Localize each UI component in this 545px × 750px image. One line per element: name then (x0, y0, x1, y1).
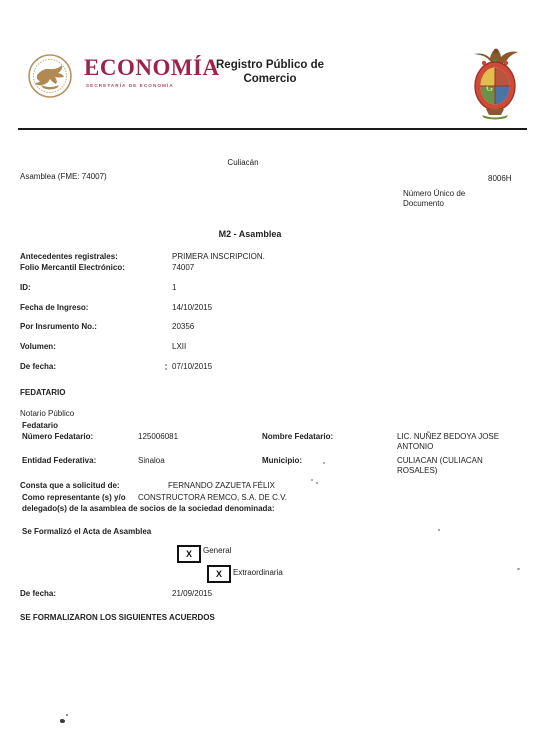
field-label: Volumen: (20, 342, 56, 352)
consta-solicitud-label: Consta que a solicitud de: (20, 481, 120, 491)
checkbox-general-label: General (203, 546, 231, 556)
formalizo-acta-label: Se Formalizó el Acta de Asamblea (22, 527, 151, 537)
field-label: Fecha de Ingreso: (20, 303, 88, 313)
de-fecha-asamblea-label: De fecha: (20, 589, 56, 599)
scan-artifact (517, 568, 520, 570)
scan-artifact (60, 719, 65, 723)
field-value: LXII (172, 342, 186, 352)
header-divider (18, 128, 527, 130)
sociedad-denominada-value: CONSTRUCTORA REMCO, S.A. DE C.V. (138, 493, 287, 503)
scan-artifact (165, 368, 167, 370)
checkbox-extraordinaria-label: Extraordinaria (233, 568, 283, 578)
document-title: Registro Público de Comercio (170, 58, 370, 86)
scan-artifact (165, 364, 167, 366)
field-label: Por Insrumento No.: (20, 322, 97, 332)
field-value: 74007 (172, 263, 194, 273)
scan-artifact (311, 479, 313, 481)
representante-label-line2: delegado(s) de la asamblea de socios de … (22, 504, 275, 514)
form-type-title: M2 - Asamblea (150, 229, 350, 239)
municipio-label: Municipio: (262, 456, 302, 466)
numero-fedatario-value: 125006081 (138, 432, 178, 442)
checkbox-extraordinaria: X (207, 565, 231, 583)
consta-solicitud-value: FERNANDO ZAZUETA FÉLIX (168, 481, 275, 491)
acuerdos-section-title: SE FORMALIZARON LOS SIGUIENTES ACUERDOS (20, 613, 215, 623)
document-number-value: 8006H (488, 174, 512, 184)
sinaloa-coat-of-arms-icon: G (466, 42, 524, 125)
notario-publico-label: Notario Público (20, 409, 74, 419)
field-label: ID: (20, 283, 31, 293)
asamblea-fme-label: Asamblea (FME: 74007) (20, 172, 107, 182)
field-value: 1 (172, 283, 176, 293)
nombre-fedatario-value: LIC. NUÑEZ BEDOYA JOSE ANTONIO (397, 432, 515, 452)
document-number-label: Número Único de Documento (403, 189, 465, 209)
checkbox-general: X (177, 545, 201, 563)
de-fecha-asamblea-value: 21/09/2015 (172, 589, 212, 599)
secretaria-economia-seal-icon (27, 53, 73, 104)
scan-artifact (438, 529, 440, 531)
field-value: 14/10/2015 (172, 303, 212, 313)
nombre-fedatario-label: Nombre Fedatario: (262, 432, 333, 442)
municipio-value: CULIACAN (CULIACAN ROSALES) (397, 456, 509, 476)
scan-artifact (316, 482, 318, 484)
registro-publico-comercio-document: ECONOMÍA SECRETARÍA DE ECONOMÍA Registro… (0, 0, 545, 750)
field-label: De fecha: (20, 362, 56, 372)
field-value: 20356 (172, 322, 194, 332)
entidad-federativa-label: Entidad Federativa: (22, 456, 96, 466)
city-label: Culiacán (193, 158, 293, 168)
numero-fedatario-label: Número Fedatario: (22, 432, 93, 442)
scan-artifact (323, 462, 325, 464)
fedatario-section-title: FEDATARIO (20, 388, 65, 398)
svg-text:G: G (486, 83, 493, 93)
entidad-federativa-value: Sinaloa (138, 456, 165, 466)
field-label: Antecedentes registrales: (20, 252, 118, 262)
field-value: 07/10/2015 (172, 362, 212, 372)
representante-label-line1: Como representante (s) y/o (22, 493, 126, 503)
field-value: PRIMERA INSCRIPCION. (172, 252, 265, 262)
field-label: Folio Mercantil Electrónico: (20, 263, 125, 273)
scan-artifact (66, 714, 68, 716)
fedatario-group-label: Fedatario (22, 421, 58, 431)
